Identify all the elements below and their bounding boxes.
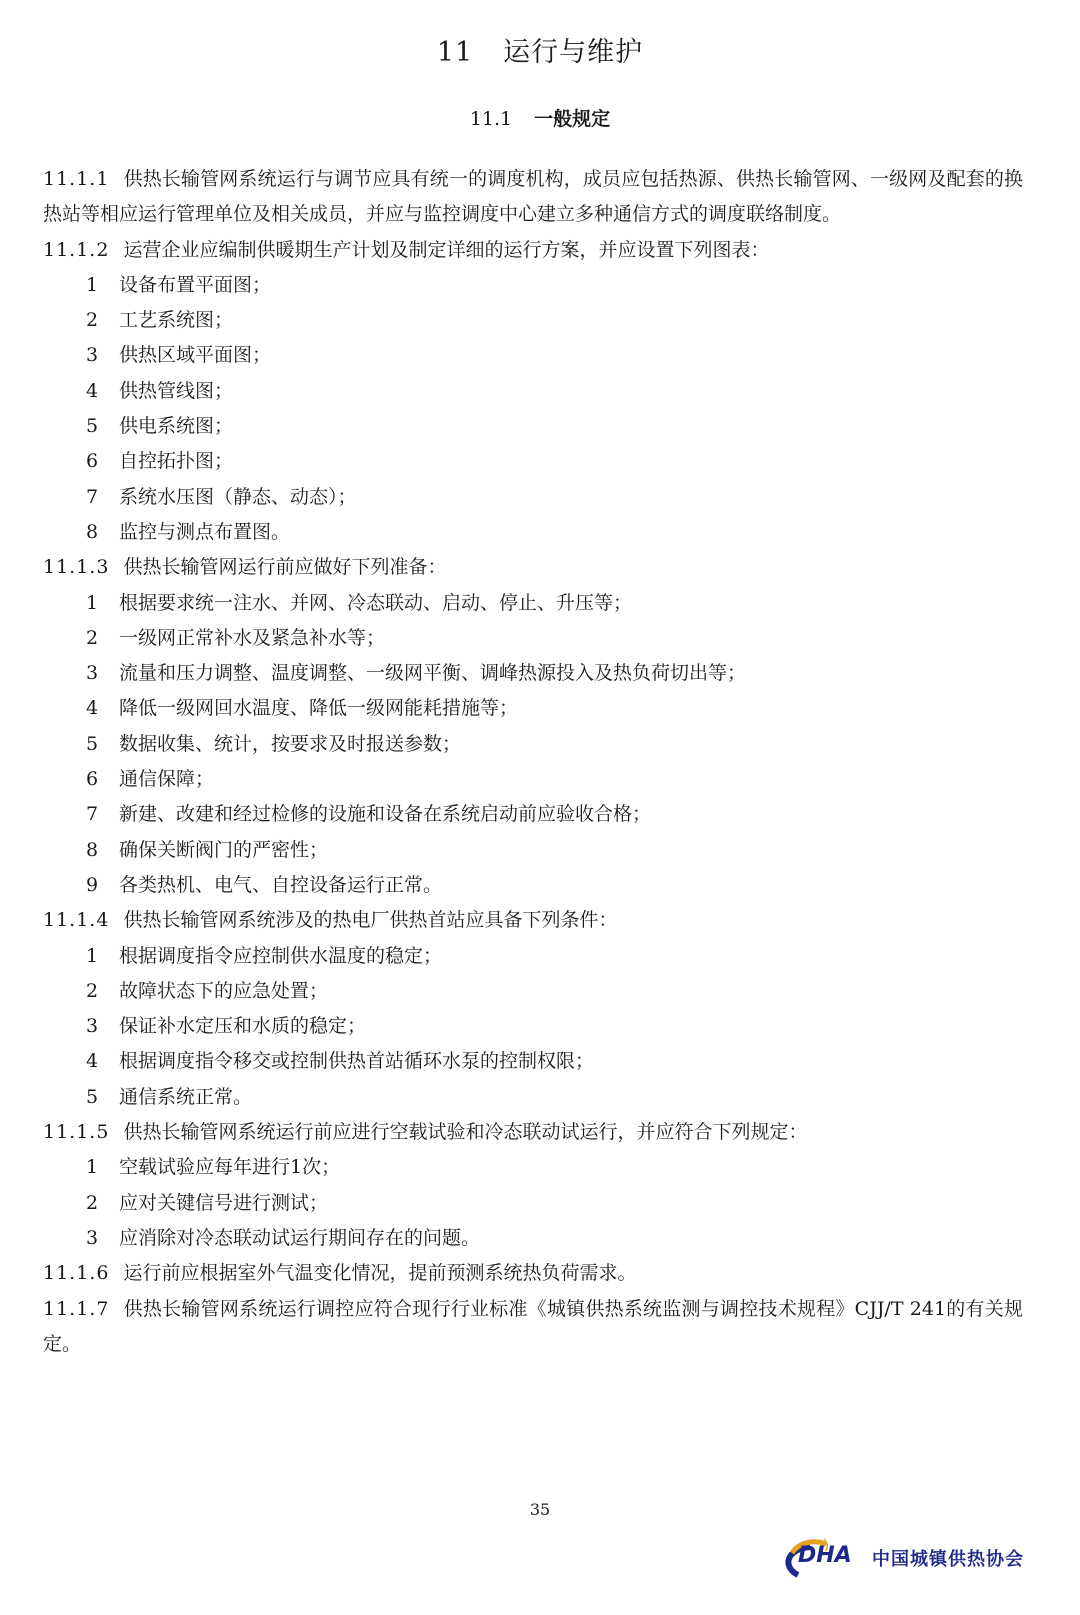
list-item: 1设备布置平面图； bbox=[43, 268, 1023, 303]
list-item: 7系统水压图（静态、动态）； bbox=[43, 480, 1023, 515]
chapter-title: 11运行与维护 bbox=[0, 30, 1080, 69]
item-number: 8 bbox=[86, 515, 119, 550]
item-text: 保证补水定压和水质的稳定； bbox=[119, 1015, 366, 1037]
clause: 11.1.6运行前应根据室外气温变化情况，提前预测系统热负荷需求。 bbox=[43, 1256, 1023, 1291]
clause-number: 11.1.5 bbox=[43, 1121, 109, 1143]
list-item: 7新建、改建和经过检修的设施和设备在系统启动前应验收合格； bbox=[43, 797, 1023, 832]
item-text: 根据调度指令应控制供水温度的稳定； bbox=[119, 945, 442, 967]
section-number: 11.1 bbox=[470, 108, 512, 130]
clause: 11.1.1供热长输管网系统运行与调节应具有统一的调度机构，成员应包括热源、供热… bbox=[43, 162, 1023, 233]
list-item: 3应消除对冷态联动试运行期间存在的问题。 bbox=[43, 1221, 1023, 1256]
list-item: 2故障状态下的应急处置； bbox=[43, 974, 1023, 1009]
clause-text: 供热长输管网系统运行调控应符合现行行业标准《城镇供热系统监测与调控技术规程》CJ… bbox=[43, 1298, 1023, 1355]
list-item: 2一级网正常补水及紧急补水等； bbox=[43, 621, 1023, 656]
item-number: 2 bbox=[86, 1186, 119, 1221]
list-item: 8确保关断阀门的严密性； bbox=[43, 833, 1023, 868]
item-text: 工艺系统图； bbox=[119, 309, 233, 331]
clause-number: 11.1.3 bbox=[43, 556, 109, 578]
item-text: 通信系统正常。 bbox=[119, 1086, 252, 1108]
list-item: 5供电系统图； bbox=[43, 409, 1023, 444]
item-text: 故障状态下的应急处置； bbox=[119, 980, 328, 1002]
item-number: 4 bbox=[86, 374, 119, 409]
item-text: 根据要求统一注水、并网、冷态联动、启动、停止、升压等； bbox=[119, 592, 632, 614]
item-number: 4 bbox=[86, 1044, 119, 1079]
item-number: 6 bbox=[86, 762, 119, 797]
item-number: 3 bbox=[86, 1009, 119, 1044]
chapter-title-text: 运行与维护 bbox=[503, 37, 643, 68]
item-text: 通信保障； bbox=[119, 768, 214, 790]
list-item: 4供热管线图； bbox=[43, 374, 1023, 409]
clause-number: 11.1.6 bbox=[43, 1262, 109, 1284]
list-item: 6自控拓扑图； bbox=[43, 444, 1023, 479]
clause-number: 11.1.4 bbox=[43, 909, 109, 931]
clause: 11.1.2运营企业应编制供暖期生产计划及制定详细的运行方案，并应设置下列图表： bbox=[43, 233, 1023, 268]
list-item: 8监控与测点布置图。 bbox=[43, 515, 1023, 550]
list-item: 9各类热机、电气、自控设备运行正常。 bbox=[43, 868, 1023, 903]
item-text: 流量和压力调整、温度调整、一级网平衡、调峰热源投入及热负荷切出等； bbox=[119, 662, 746, 684]
list-item: 3流量和压力调整、温度调整、一级网平衡、调峰热源投入及热负荷切出等； bbox=[43, 656, 1023, 691]
item-number: 1 bbox=[86, 586, 119, 621]
item-number: 4 bbox=[86, 691, 119, 726]
list-item: 5数据收集、统计，按要求及时报送参数； bbox=[43, 727, 1023, 762]
list-item: 6通信保障； bbox=[43, 762, 1023, 797]
list-item: 2工艺系统图； bbox=[43, 303, 1023, 338]
item-text: 数据收集、统计，按要求及时报送参数； bbox=[119, 733, 461, 755]
item-number: 5 bbox=[86, 1080, 119, 1115]
item-text: 设备布置平面图； bbox=[119, 274, 271, 296]
clause-text: 运营企业应编制供暖期生产计划及制定详细的运行方案，并应设置下列图表： bbox=[123, 239, 769, 261]
clause-number: 11.1.1 bbox=[43, 168, 109, 190]
item-number: 2 bbox=[86, 303, 119, 338]
clause-number: 11.1.7 bbox=[43, 1298, 109, 1320]
clause-text: 运行前应根据室外气温变化情况，提前预测系统热负荷需求。 bbox=[123, 1262, 636, 1284]
item-number: 5 bbox=[86, 409, 119, 444]
page-number: 35 bbox=[0, 1500, 1080, 1519]
clause-text: 供热长输管网系统运行与调节应具有统一的调度机构，成员应包括热源、供热长输管网、一… bbox=[43, 168, 1023, 225]
section-title: 11.1一般规定 bbox=[0, 104, 1080, 131]
item-text: 自控拓扑图； bbox=[119, 450, 233, 472]
item-number: 7 bbox=[86, 797, 119, 832]
item-text: 根据调度指令移交或控制供热首站循环水泵的控制权限； bbox=[119, 1050, 594, 1072]
item-text: 系统水压图（静态、动态）； bbox=[119, 486, 357, 508]
item-number: 3 bbox=[86, 1221, 119, 1256]
item-number: 3 bbox=[86, 338, 119, 373]
item-text: 降低一级网回水温度、降低一级网能耗措施等； bbox=[119, 697, 518, 719]
item-text: 监控与测点布置图。 bbox=[119, 521, 290, 543]
item-text: 一级网正常补水及紧急补水等； bbox=[119, 627, 385, 649]
item-text: 供热区域平面图； bbox=[119, 344, 271, 366]
logo-abbr: DHA bbox=[798, 1543, 852, 1568]
item-number: 1 bbox=[86, 268, 119, 303]
item-number: 5 bbox=[86, 727, 119, 762]
clause: 11.1.4供热长输管网系统涉及的热电厂供热首站应具备下列条件： bbox=[43, 903, 1023, 938]
item-text: 应消除对冷态联动试运行期间存在的问题。 bbox=[119, 1227, 480, 1249]
clause-text: 供热长输管网运行前应做好下列准备： bbox=[123, 556, 446, 578]
item-text: 供热管线图； bbox=[119, 380, 233, 402]
item-number: 8 bbox=[86, 833, 119, 868]
section-title-text: 一般规定 bbox=[534, 108, 610, 130]
list-item: 3保证补水定压和水质的稳定； bbox=[43, 1009, 1023, 1044]
clause: 11.1.5供热长输管网系统运行前应进行空载试验和冷态联动试运行，并应符合下列规… bbox=[43, 1115, 1023, 1150]
item-text: 空载试验应每年进行1次； bbox=[119, 1156, 340, 1178]
document-body: 11.1.1供热长输管网系统运行与调节应具有统一的调度机构，成员应包括热源、供热… bbox=[43, 162, 1023, 1362]
clause-text: 供热长输管网系统涉及的热电厂供热首站应具备下列条件： bbox=[123, 909, 617, 931]
item-number: 6 bbox=[86, 444, 119, 479]
chapter-number: 11 bbox=[437, 37, 473, 68]
clause: 11.1.7供热长输管网系统运行调控应符合现行行业标准《城镇供热系统监测与调控技… bbox=[43, 1292, 1023, 1363]
list-item: 1根据调度指令应控制供水温度的稳定； bbox=[43, 939, 1023, 974]
item-number: 9 bbox=[86, 868, 119, 903]
association-logo: DHA 中国城镇供热协会 bbox=[780, 1535, 1060, 1585]
item-number: 7 bbox=[86, 480, 119, 515]
item-text: 应对关键信号进行测试； bbox=[119, 1192, 328, 1214]
logo-name: 中国城镇供热协会 bbox=[872, 1545, 1024, 1571]
list-item: 2应对关键信号进行测试； bbox=[43, 1186, 1023, 1221]
list-item: 3供热区域平面图； bbox=[43, 338, 1023, 373]
list-item: 1根据要求统一注水、并网、冷态联动、启动、停止、升压等； bbox=[43, 586, 1023, 621]
item-text: 供电系统图； bbox=[119, 415, 233, 437]
item-text: 确保关断阀门的严密性； bbox=[119, 839, 328, 861]
item-number: 2 bbox=[86, 974, 119, 1009]
clause: 11.1.3供热长输管网运行前应做好下列准备： bbox=[43, 550, 1023, 585]
clause-number: 11.1.2 bbox=[43, 239, 109, 261]
list-item: 5通信系统正常。 bbox=[43, 1080, 1023, 1115]
item-number: 1 bbox=[86, 939, 119, 974]
item-number: 3 bbox=[86, 656, 119, 691]
item-text: 各类热机、电气、自控设备运行正常。 bbox=[119, 874, 442, 896]
list-item: 1空载试验应每年进行1次； bbox=[43, 1150, 1023, 1185]
item-text: 新建、改建和经过检修的设施和设备在系统启动前应验收合格； bbox=[119, 803, 651, 825]
list-item: 4降低一级网回水温度、降低一级网能耗措施等； bbox=[43, 691, 1023, 726]
clause-text: 供热长输管网系统运行前应进行空载试验和冷态联动试运行，并应符合下列规定： bbox=[123, 1121, 807, 1143]
item-number: 1 bbox=[86, 1150, 119, 1185]
list-item: 4根据调度指令移交或控制供热首站循环水泵的控制权限； bbox=[43, 1044, 1023, 1079]
item-number: 2 bbox=[86, 621, 119, 656]
